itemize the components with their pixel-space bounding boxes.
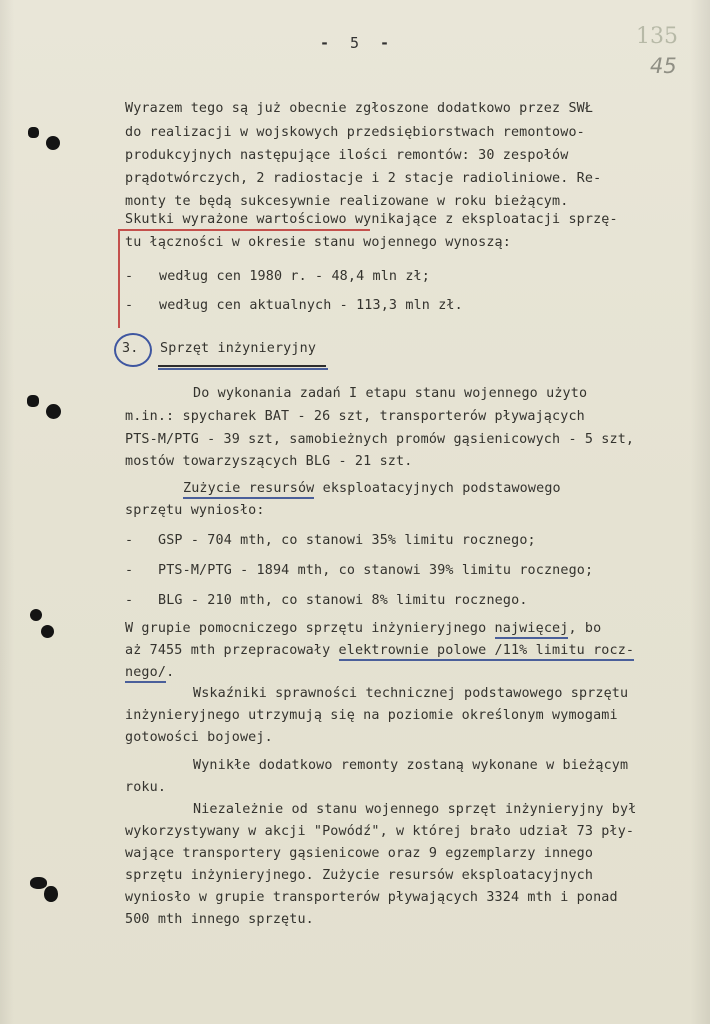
punch-hole [46,136,60,150]
list-item-text: według cen aktualnych - 113,3 mln zł. [159,297,463,315]
text-line: sprzętu wyniosło: [125,502,265,520]
list-item: -PTS-M/PTG - 1894 mth, co stanowi 39% li… [125,562,133,580]
text-line: sprzętu inżynieryjnego. Zużycie resursów… [125,867,593,885]
page-number-value: 5 [350,34,360,52]
text-line: nego/. [125,664,174,682]
text-line: produkcyjnych następujące ilości remontó… [125,147,568,165]
text-line: aż 7455 mth przepracowały elektrownie po… [125,642,634,660]
text-line: roku. [125,779,166,797]
list-dash: - [125,593,133,608]
text-line: prądotwórczych, 2 radiostacje i 2 stacje… [125,170,601,188]
underlined-phrase: najwięcej [495,621,569,639]
punch-hole-mark [30,877,47,889]
text-line: m.in.: spycharek BAT - 26 szt, transport… [125,408,585,426]
list-dash: - [125,269,133,284]
highlighted-phrase: Skutki wyrażone wartościowo [125,212,347,227]
list-item-text: według cen 1980 r. - 48,4 mln zł; [159,268,430,286]
handwritten-archive-number: 45 [650,54,677,78]
punch-hole-mark [28,127,39,138]
text-span: . [166,665,174,680]
list-item: -według cen aktualnych - 113,3 mln zł. [125,297,133,315]
underlined-phrase: nego/ [125,665,166,683]
text-line: Zużycie resursów eksploatacyjnych podsta… [183,480,561,498]
section-number: 3. [122,340,138,358]
list-item-text: BLG - 210 mth, co stanowi 8% limitu rocz… [158,592,528,610]
underlined-phrase: Zużycie resursów [183,481,314,499]
text-line: inżynieryjnego utrzymują się na poziomie… [125,707,618,725]
punch-hole [44,886,58,902]
page-number: -5- [318,34,392,52]
typed-title-underline [158,365,326,367]
list-item-text: GSP - 704 mth, co stanowi 35% limitu roc… [158,532,536,550]
punch-hole [46,404,61,419]
text-line: Skutki wyrażone wartościowo wynikające z… [125,211,618,229]
text-span: eksploatacyjnych podstawowego [314,481,560,496]
text-span: W grupie pomocniczego sprzętu inżynieryj… [125,621,495,636]
text-line: W grupie pomocniczego sprzętu inżynieryj… [125,620,601,638]
list-item: -według cen 1980 r. - 48,4 mln zł; [125,268,133,286]
text-line: tu łączności w okresie stanu wojennego w… [125,234,511,252]
punch-hole-mark [30,609,42,621]
text-line: gotowości bojowej. [125,729,273,747]
text-line: monty te będą sukcesywnie realizowane w … [125,193,568,211]
list-dash: - [125,298,133,313]
text-line: wykorzystywany w akcji "Powódź", w które… [125,823,634,841]
list-item-text: PTS-M/PTG - 1894 mth, co stanowi 39% lim… [158,562,593,580]
text-line: wające transportery gąsienicowe oraz 9 e… [125,845,593,863]
list-dash: - [125,533,133,548]
page-number-dash-right: - [378,34,392,52]
punch-hole [41,625,54,638]
blue-pen-title-underline [158,368,328,370]
list-dash: - [125,563,133,578]
text-line: wyniosło w grupie transporterów pływając… [125,889,618,907]
section-title: Sprzęt inżynieryjny [160,340,316,358]
text-line: Wynikłe dodatkowo remonty zostaną wykona… [193,757,628,775]
text-span: wynikające z eksploatacji sprzę- [347,212,618,227]
text-line: mostów towarzyszących BLG - 21 szt. [125,453,412,471]
list-item: -GSP - 704 mth, co stanowi 35% limitu ro… [125,532,133,550]
text-line: 500 mth innego sprzętu. [125,911,314,929]
punch-hole-mark [27,395,39,407]
text-line: Wyrazem tego są już obecnie zgłoszone do… [125,100,593,118]
text-line: do realizacji w wojskowych przedsiębiors… [125,124,585,142]
text-line: Do wykonania zadań I etapu stanu wojenne… [193,385,587,403]
red-pencil-underline [118,229,370,231]
archive-stamp-number: 135 [636,24,678,49]
text-span: aż 7455 mth przepracowały [125,643,339,658]
list-item: -BLG - 210 mth, co stanowi 8% limitu roc… [125,592,133,610]
red-pencil-margin-bar [118,230,120,328]
text-line: Wskaźniki sprawności technicznej podstaw… [193,685,628,703]
text-line: PTS-M/PTG - 39 szt, samobieżnych promów … [125,431,634,449]
underlined-phrase: elektrownie polowe /11% limitu rocz- [339,643,635,661]
document-page: -5- 135 45 Wyrazem tego są już obecnie z… [0,0,710,1024]
text-line: Niezależnie od stanu wojennego sprzęt in… [193,801,636,819]
page-number-dash-left: - [318,34,332,52]
text-span: , bo [568,621,601,636]
